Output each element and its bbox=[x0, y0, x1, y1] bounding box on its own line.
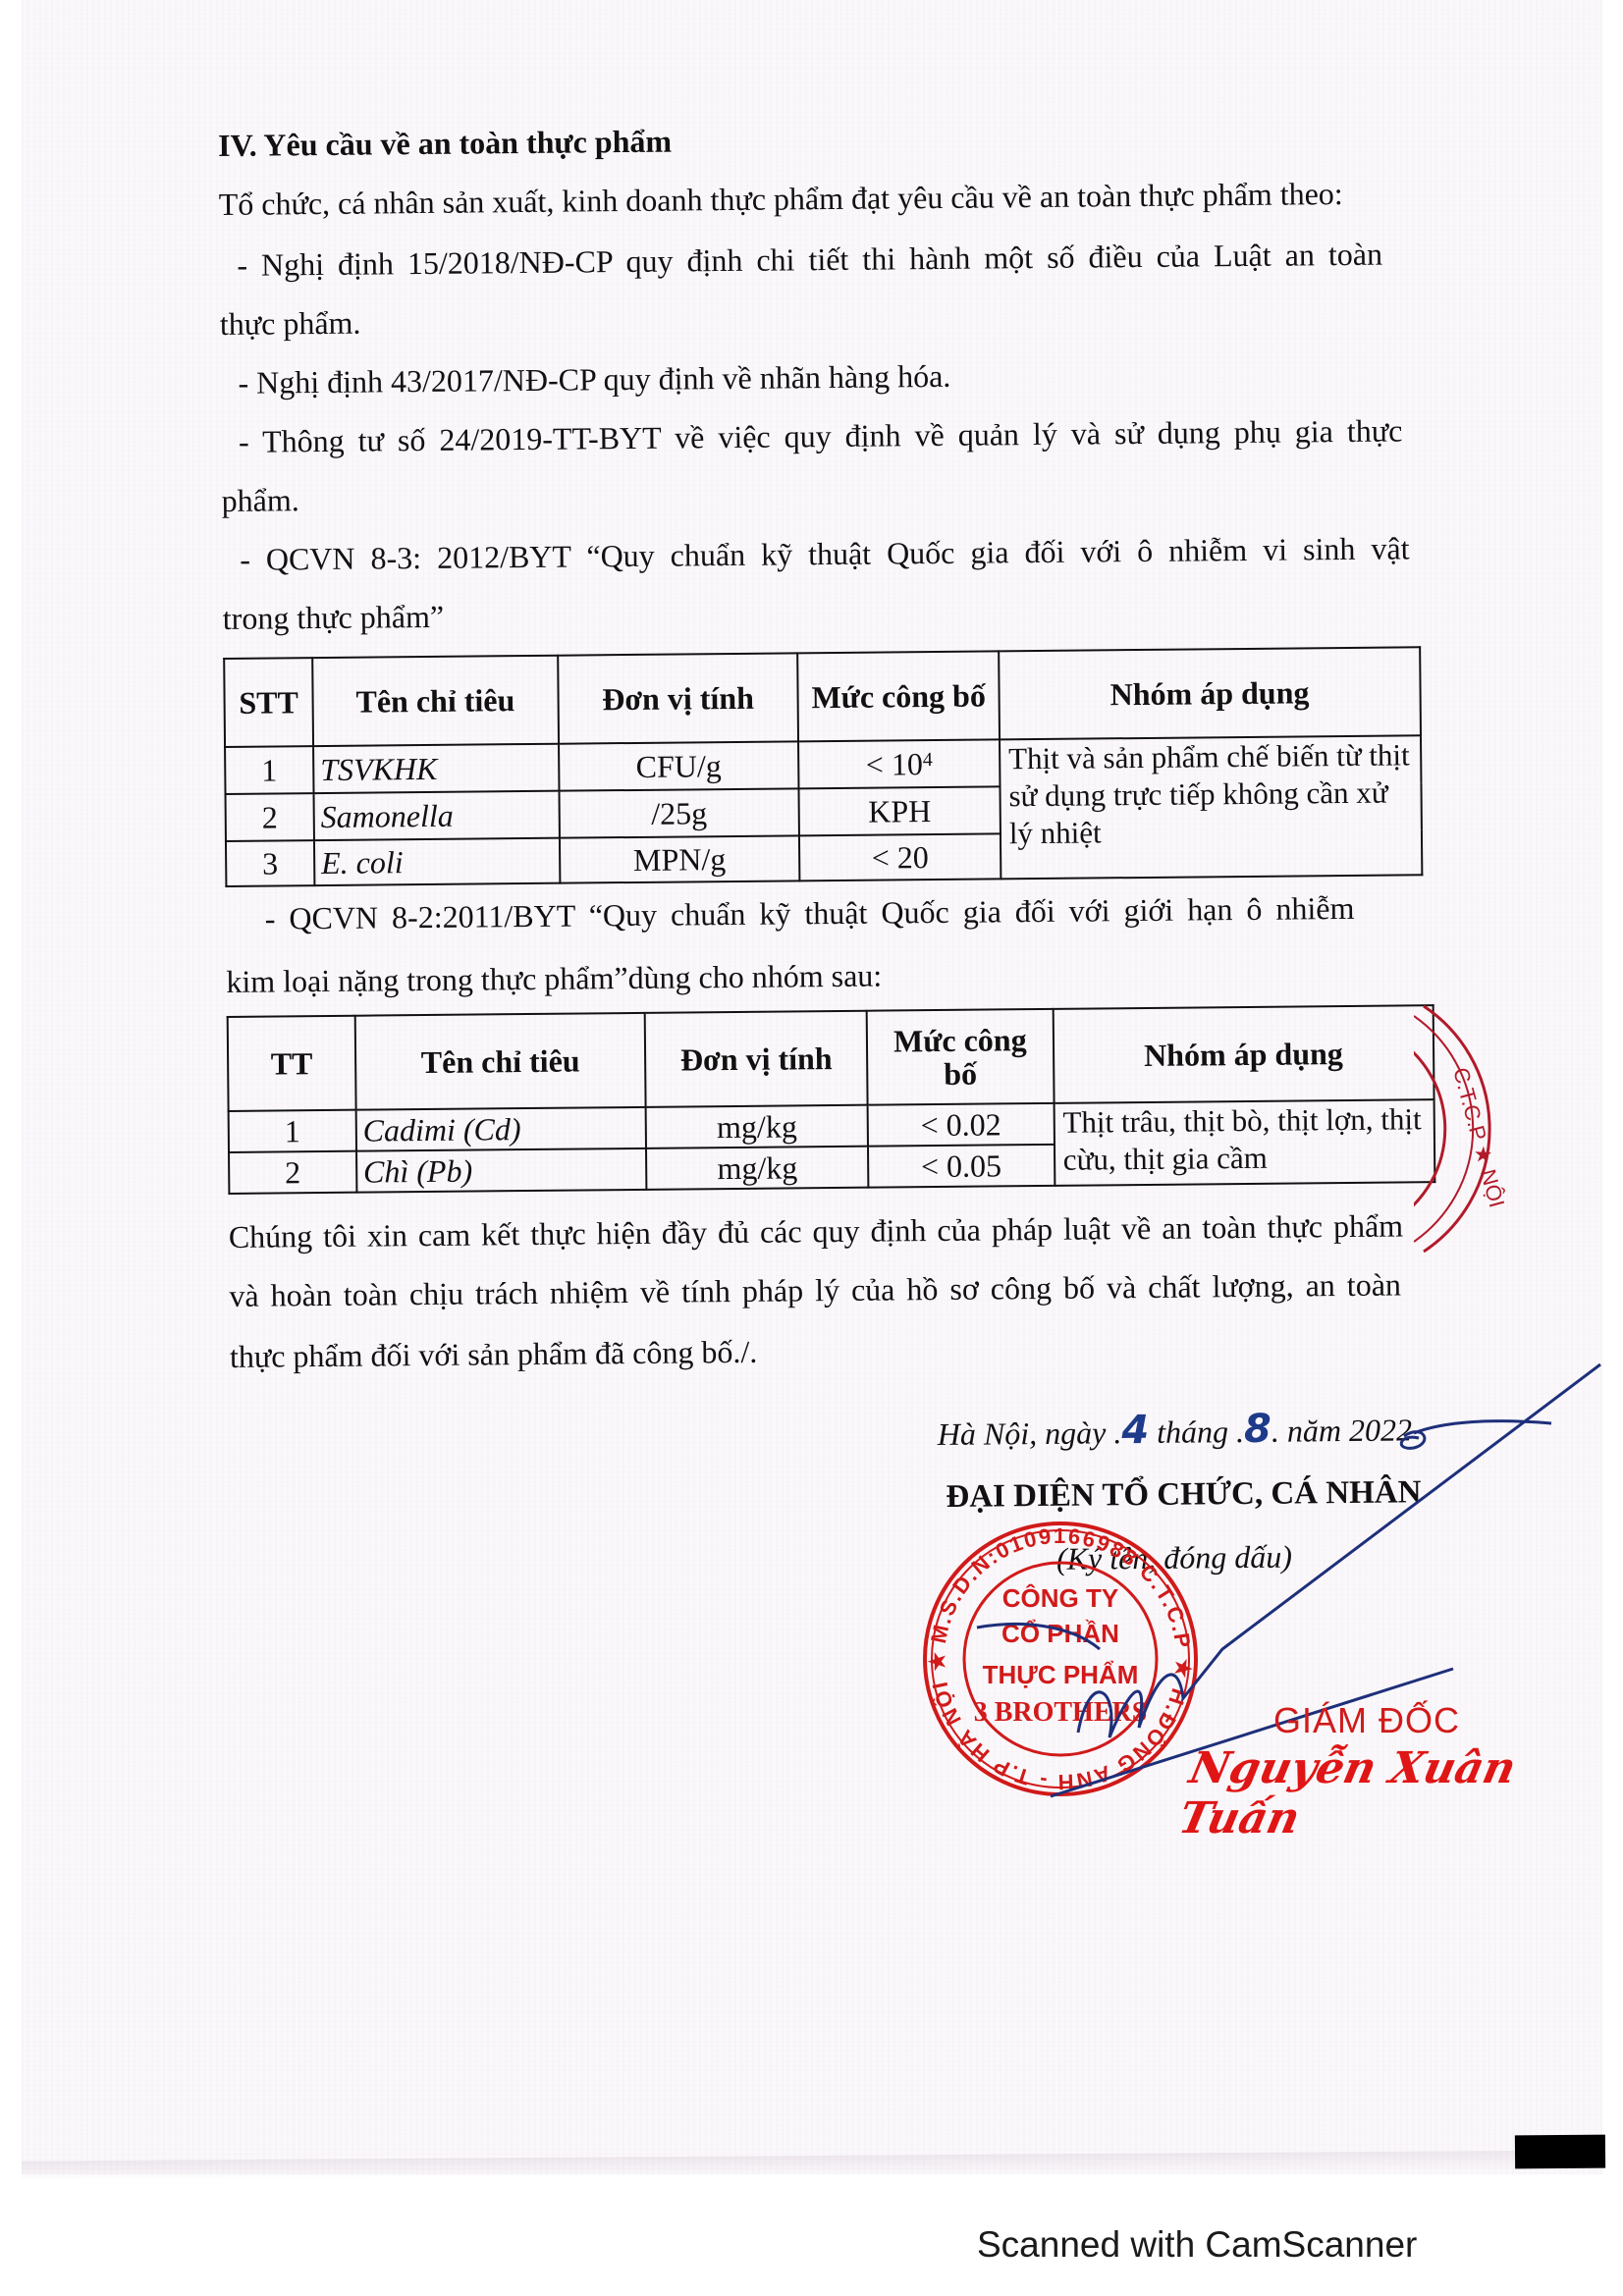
cell-name: Cadimi (Cd) bbox=[355, 1107, 646, 1151]
cell-unit: /25g bbox=[559, 788, 799, 837]
cell-limit: KPH bbox=[799, 786, 1001, 835]
cell-limit: < 104 bbox=[798, 739, 1000, 788]
stamp-line: 3 BROTHERS bbox=[974, 1697, 1148, 1728]
header-cell: Đơn vị tính bbox=[645, 1011, 868, 1107]
stamp-line: CÔNG TY bbox=[1002, 1583, 1118, 1613]
cell-unit: CFU/g bbox=[559, 741, 799, 790]
cell-unit: mg/kg bbox=[646, 1105, 868, 1148]
cell-unit: mg/kg bbox=[646, 1147, 868, 1190]
regulation-item: - Nghị định 43/2017/NĐ-CP quy định về nh… bbox=[238, 358, 950, 400]
microbial-table: STT Tên chỉ tiêu Đơn vị tính Mức công bố… bbox=[223, 646, 1423, 887]
header-cell: Tên chỉ tiêu bbox=[355, 1013, 646, 1110]
cell-no: 2 bbox=[226, 793, 314, 841]
date-month-label: tháng . bbox=[1149, 1414, 1244, 1450]
regulation-item-cont: trong thực phẩm” bbox=[223, 599, 445, 636]
stamp-line: THỰC PHẨM bbox=[983, 1660, 1139, 1689]
cell-no: 1 bbox=[225, 746, 313, 794]
header-cell: Mức công bố bbox=[797, 651, 999, 741]
cell-no: 2 bbox=[229, 1151, 356, 1194]
date-day: 4 bbox=[1121, 1408, 1149, 1453]
cell-name: Samonella bbox=[313, 791, 559, 840]
header-cell: Mức công bố bbox=[867, 1009, 1055, 1105]
company-stamp-icon: M.S.D.N:0109166988 C.T.C.P ★ H.ĐÔNG ANH … bbox=[918, 1517, 1203, 1801]
cell-group: Thịt và sản phẩm chế biến từ thịt sử dụn… bbox=[1000, 735, 1422, 879]
section-heading: IV. Yêu cầu về an toàn thực phẩm bbox=[218, 124, 672, 163]
cell-no: 1 bbox=[229, 1110, 356, 1152]
signing-date: Hà Nội, ngày .4 tháng .8. năm 2022 bbox=[938, 1410, 1413, 1452]
scanner-watermark: Scanned with CamScanner bbox=[977, 2224, 1417, 2266]
limit-exponent: 4 bbox=[923, 749, 933, 771]
qcvn-heavy-metal-cont: kim loại nặng trong thực phẩm”dùng cho n… bbox=[226, 958, 882, 999]
header-cell: Đơn vị tính bbox=[558, 653, 798, 743]
date-place-label: Hà Nội, ngày . bbox=[938, 1415, 1122, 1452]
date-year: . năm 2022 bbox=[1271, 1412, 1412, 1448]
header-cell: STT bbox=[224, 658, 313, 747]
date-month: 8 bbox=[1244, 1407, 1271, 1452]
cell-limit: < 0.02 bbox=[868, 1103, 1055, 1147]
header-cell: Nhóm áp dụng bbox=[999, 647, 1421, 739]
cell-limit: < 0.05 bbox=[868, 1145, 1055, 1188]
commitment-line: thực phẩm đối với sản phẩm đã công bố./. bbox=[230, 1334, 758, 1374]
stamp-line: CỔ PHẦN bbox=[1001, 1619, 1119, 1648]
representative-label: ĐẠI DIỆN TỔ CHỨC, CÁ NHÂN bbox=[946, 1474, 1421, 1515]
heavy-metal-table: TT Tên chỉ tiêu Đơn vị tính Mức công bố … bbox=[227, 1004, 1436, 1195]
director-title: GIÁM ĐỐC bbox=[1273, 1700, 1460, 1741]
cell-unit: MPN/g bbox=[560, 835, 800, 882]
regulation-item-cont: phẩm. bbox=[221, 482, 298, 518]
header-cell: TT bbox=[228, 1016, 356, 1111]
header-cell: Nhóm áp dụng bbox=[1053, 1005, 1434, 1103]
partial-stamp-icon: C.T.C.P ★ NỘI bbox=[1414, 1001, 1542, 1256]
cell-limit: < 20 bbox=[799, 833, 1001, 881]
cell-name: E. coli bbox=[314, 838, 560, 885]
director-name: Nguyễn Xuân Tuấn bbox=[1174, 1743, 1623, 1843]
scan-corner-mark bbox=[1515, 2135, 1605, 2169]
table-row: 1 TSVKHK CFU/g < 104 Thịt và sản phẩm ch… bbox=[225, 735, 1421, 794]
cell-no: 3 bbox=[226, 840, 314, 886]
regulation-item-cont: thực phẩm. bbox=[220, 305, 361, 342]
cell-name: TSVKHK bbox=[313, 744, 559, 793]
limit-value: < 10 bbox=[866, 746, 923, 782]
header-cell: Tên chỉ tiêu bbox=[312, 656, 559, 746]
cell-name: Chì (Pb) bbox=[356, 1148, 647, 1193]
partial-stamp-text: C.T.C.P ★ NỘI bbox=[1448, 1065, 1509, 1210]
cell-group: Thịt trâu, thịt bò, thịt lợn, thịt cừu, … bbox=[1054, 1099, 1434, 1186]
